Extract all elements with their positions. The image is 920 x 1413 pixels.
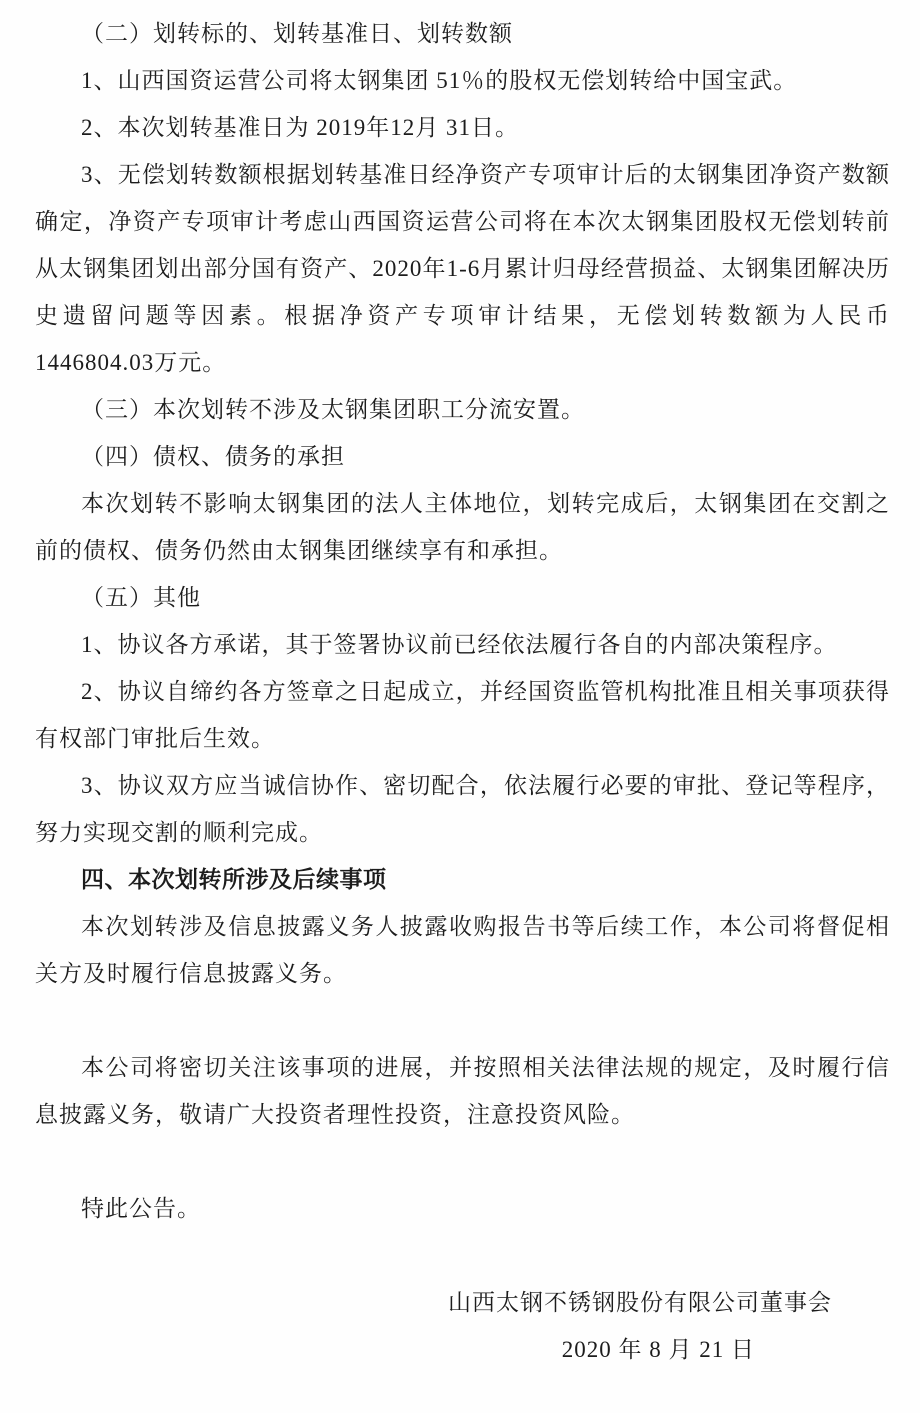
part-4-body: 本次划转涉及信息披露义务人披露收购报告书等后续工作，本公司将督促相关方及时履行信…: [35, 903, 890, 997]
section-5-item-3: 3、协议双方应当诚信协作、密切配合，依法履行必要的审批、登记等程序，努力实现交割…: [35, 762, 890, 856]
signature-company: 山西太钢不锈钢股份有限公司董事会: [35, 1279, 890, 1326]
section-5-heading: （五）其他: [35, 574, 890, 621]
outlook-paragraph: 本公司将密切关注该事项的进展，并按照相关法律法规的规定，及时履行信息披露义务，敬…: [35, 1044, 890, 1138]
signature-date: 2020 年 8 月 21 日: [35, 1326, 890, 1373]
part-4-heading: 四、本次划转所涉及后续事项: [35, 856, 890, 903]
closing-statement: 特此公告。: [35, 1185, 890, 1232]
blank-line: [35, 1138, 890, 1185]
section-2-item-2: 2、本次划转基准日为 2019年12月 31日。: [35, 104, 890, 151]
announcement-page: （二）划转标的、划转基准日、划转数额 1、山西国资运营公司将太钢集团 51％的股…: [0, 0, 920, 1413]
section-5-item-1: 1、协议各方承诺，其于签署协议前已经依法履行各自的内部决策程序。: [35, 621, 890, 668]
section-4-body: 本次划转不影响太钢集团的法人主体地位，划转完成后，太钢集团在交割之前的债权、债务…: [35, 480, 890, 574]
announcement-document: （二）划转标的、划转基准日、划转数额 1、山西国资运营公司将太钢集团 51％的股…: [35, 10, 890, 1373]
section-2-heading: （二）划转标的、划转基准日、划转数额: [35, 10, 890, 57]
section-4-heading: （四）债权、债务的承担: [35, 433, 890, 480]
blank-line: [35, 1232, 890, 1279]
section-2-item-3: 3、无偿划转数额根据划转基准日经净资产专项审计后的太钢集团净资产数额确定，净资产…: [35, 151, 890, 386]
section-2-item-1: 1、山西国资运营公司将太钢集团 51％的股权无偿划转给中国宝武。: [35, 57, 890, 104]
section-5-item-2: 2、协议自缔约各方签章之日起成立，并经国资监管机构批准且相关事项获得有权部门审批…: [35, 668, 890, 762]
blank-line: [35, 997, 890, 1044]
section-3-heading: （三）本次划转不涉及太钢集团职工分流安置。: [35, 386, 890, 433]
